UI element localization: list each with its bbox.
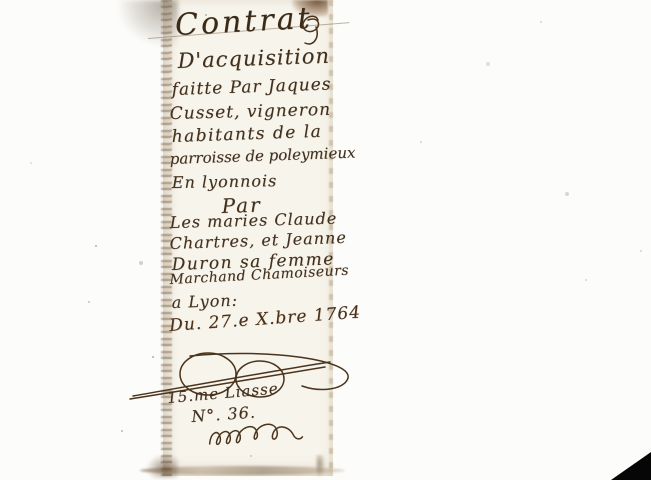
manuscript-line: Cusset, vigneron <box>169 100 331 124</box>
edge-stain <box>316 455 325 477</box>
manuscript-line: a Lyon: <box>171 291 238 312</box>
manuscript-line: En lyonnois <box>172 171 278 192</box>
scan-corner-artifact <box>611 452 651 480</box>
fold-stain <box>146 454 178 478</box>
stain-smudge <box>116 0 178 48</box>
paper-specks <box>0 0 2 2</box>
scanned-document-page: Contrat D'acquisition faitte Par Jaques … <box>0 0 651 480</box>
